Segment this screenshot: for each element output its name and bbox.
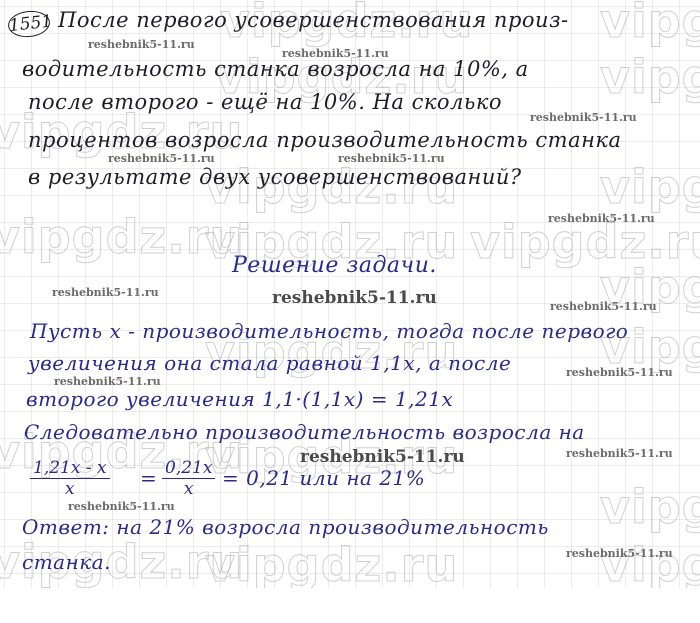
solution-line: второго увеличения 1,1·(1,1x) = 1,21x xyxy=(26,387,453,411)
blank-margin xyxy=(0,588,700,623)
equals-sign: = xyxy=(140,466,157,490)
problem-line: в результате двух усовершенствований? xyxy=(28,165,522,189)
fraction-1-numerator: 1,21x - x xyxy=(30,458,110,479)
site-watermark: reshebnik5-11.ru xyxy=(566,366,673,379)
site-watermark: reshebnik5-11.ru xyxy=(566,547,673,560)
site-watermark: reshebnik5-11.ru xyxy=(88,38,195,51)
vip-watermark: vipgdz.ru xyxy=(205,538,458,592)
fraction-1-denominator: x xyxy=(65,479,75,499)
site-watermark: reshebnik5-11.ru xyxy=(282,47,389,60)
fraction-1: 1,21x - x x xyxy=(30,458,110,499)
task-number-badge: 1551 xyxy=(7,9,51,39)
fraction-2-denominator: x xyxy=(184,479,194,499)
problem-line: водительность станка возросла на 10%, а xyxy=(22,57,529,81)
site-watermark: reshebnik5-11.ru xyxy=(548,212,655,225)
site-watermark: reshebnik5-11.ru xyxy=(54,375,161,388)
vip-watermark: vipgdz xyxy=(600,480,700,534)
site-watermark: reshebnik5-11.ru xyxy=(68,500,175,513)
solution-heading: Решение задачи. xyxy=(232,253,437,278)
site-watermark: reshebnik5-11.ru xyxy=(566,447,673,460)
solution-line: увеличения она стала равной 1,1x, а посл… xyxy=(28,351,511,375)
answer-line: станка. xyxy=(22,550,111,574)
answer-line: Ответ: на 21% возросла производительност… xyxy=(22,515,549,539)
site-watermark-large: reshebnik5-11.ru xyxy=(300,447,465,467)
equation-result: = 0,21 или на 21% xyxy=(222,466,425,490)
homework-page: vipgdz.ru vipgdz vipgdz.ru vipgdz vipgdz… xyxy=(0,0,700,623)
site-watermark: reshebnik5-11.ru xyxy=(52,286,159,299)
site-watermark: reshebnik5-11.ru xyxy=(530,111,637,124)
vip-watermark: vipgdz xyxy=(600,50,700,104)
site-watermark: reshebnik5-11.ru xyxy=(550,300,657,313)
vip-watermark: vipgdz xyxy=(600,0,700,48)
problem-line: После первого усовершенствования произ- xyxy=(58,8,569,32)
vip-watermark: vipgdz xyxy=(600,160,700,214)
site-watermark: reshebnik5-11.ru xyxy=(108,152,215,165)
solution-line: Следовательно производительность возросл… xyxy=(24,420,585,444)
vip-watermark: vipgdz.ru xyxy=(0,210,243,264)
fraction-2-numerator: 0,21x xyxy=(162,458,215,479)
site-watermark: reshebnik5-11.ru xyxy=(338,152,445,165)
problem-line: после второго - ещё на 10%. На сколько xyxy=(28,90,502,114)
site-watermark-large: reshebnik5-11.ru xyxy=(272,288,437,308)
fraction-2: 0,21x x xyxy=(162,458,215,499)
problem-line: процентов возросла производительность ст… xyxy=(28,128,622,152)
solution-line: Пусть x - производительность, тогда посл… xyxy=(30,319,628,343)
